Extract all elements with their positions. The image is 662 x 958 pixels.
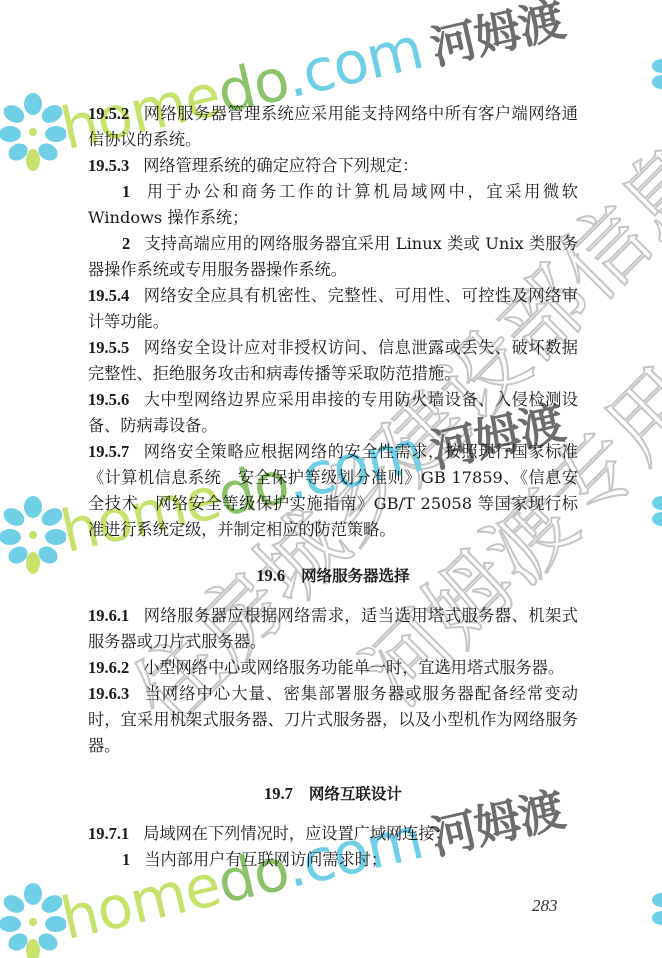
clause-number: 19.5.7	[88, 442, 129, 461]
clause-number: 19.5.2	[88, 104, 129, 123]
clause-number: 19.5.6	[88, 390, 129, 409]
list-item-1: 1用于办公和商务工作的计算机局域网中，宜采用微软 Windows 操作系统；	[88, 179, 578, 231]
clause-text: 网络管理系统的确定应符合下列规定：	[143, 156, 418, 175]
clause-19-6-2: 19.6.2小型网络中心或网络服务功能单一时，宜选用塔式服务器。	[88, 655, 578, 681]
homedo-flower-logo-icon	[648, 58, 662, 92]
clause-text: 当网络中心大量、密集部署服务器或服务器配备经常变动时，宜采用机架式服务器、刀片式…	[88, 684, 578, 755]
clause-text: 网络服务器应根据网络需求，适当选用塔式服务器、机架式服务器或刀片式服务器。	[88, 606, 578, 651]
list-item-2: 2支持高端应用的网络服务器宜采用 Linux 类或 Unix 类服务器操作系统或…	[88, 231, 578, 283]
homedo-flower-logo-icon	[648, 495, 662, 529]
document-page: 住房城乡建设部信息公开 河姆渡专用 homedo.com河姆渡 homedo.c…	[0, 0, 662, 958]
clause-19-7-1: 19.7.1局域网在下列情况时，应设置广域网连接：	[88, 821, 578, 847]
homedo-flower-logo-icon	[0, 495, 66, 575]
section-number: 19.7	[264, 784, 293, 803]
homedo-flower-logo-icon	[0, 92, 66, 172]
section-title: 网络互联设计	[309, 785, 402, 803]
clause-19-5-4: 19.5.4网络安全应具有机密性、完整性、可用性、可控性及网络审计等功能。	[88, 283, 578, 335]
clause-19-5-2: 19.5.2网络服务器管理系统应采用能支持网络中所有客户端网络通信协议的系统。	[88, 101, 578, 153]
clause-text: 网络安全策略应根据网络的安全性需求，按照现行国家标准《计算机信息系统 安全保护等…	[88, 442, 578, 539]
clause-number: 19.5.4	[88, 286, 129, 305]
section-heading-19-6: 19.6网络服务器选择	[88, 563, 578, 589]
clause-text: 网络安全设计应对非授权访问、信息泄露或丢失、破坏数据完整性、拒绝服务攻击和病毒传…	[88, 338, 578, 383]
page-number: 283	[532, 896, 558, 916]
section-number: 19.6	[256, 566, 285, 585]
item-text: 用于办公和商务工作的计算机局域网中，宜采用微软 Windows 操作系统；	[88, 182, 578, 227]
item-number: 1	[122, 850, 130, 869]
item-text: 当内部用户有互联网访问需求时；	[144, 850, 387, 869]
clause-number: 19.7.1	[88, 824, 129, 843]
clause-text: 大中型网络边界应采用串接的专用防火墙设备、入侵检测设备、防病毒设备。	[88, 390, 578, 435]
clause-19-6-3: 19.6.3当网络中心大量、密集部署服务器或服务器配备经常变动时，宜采用机架式服…	[88, 681, 578, 759]
clause-number: 19.5.5	[88, 338, 129, 357]
list-item-1: 1当内部用户有互联网访问需求时；	[88, 847, 578, 873]
item-number: 1	[122, 182, 130, 201]
clause-text: 小型网络中心或网络服务功能单一时，宜选用塔式服务器。	[143, 658, 564, 677]
clause-19-5-5: 19.5.5网络安全设计应对非授权访问、信息泄露或丢失、破坏数据完整性、拒绝服务…	[88, 335, 578, 387]
clause-19-5-6: 19.5.6大中型网络边界应采用串接的专用防火墙设备、入侵检测设备、防病毒设备。	[88, 387, 578, 439]
document-body: 19.5.2网络服务器管理系统应采用能支持网络中所有客户端网络通信协议的系统。 …	[88, 101, 578, 873]
clause-text: 网络安全应具有机密性、完整性、可用性、可控性及网络审计等功能。	[88, 286, 578, 331]
clause-number: 19.5.3	[88, 156, 129, 175]
clause-19-5-3: 19.5.3网络管理系统的确定应符合下列规定：	[88, 153, 578, 179]
clause-number: 19.6.1	[88, 606, 129, 625]
section-heading-19-7: 19.7网络互联设计	[88, 781, 578, 807]
homedo-flower-logo-icon	[0, 882, 66, 958]
clause-text: 网络服务器管理系统应采用能支持网络中所有客户端网络通信协议的系统。	[88, 104, 578, 149]
homedo-flower-logo-icon	[648, 892, 662, 952]
item-number: 2	[122, 234, 130, 253]
clause-number: 19.6.2	[88, 658, 129, 677]
clause-19-5-7: 19.5.7网络安全策略应根据网络的安全性需求，按照现行国家标准《计算机信息系统…	[88, 439, 578, 543]
clause-19-6-1: 19.6.1网络服务器应根据网络需求，适当选用塔式服务器、机架式服务器或刀片式服…	[88, 603, 578, 655]
clause-number: 19.6.3	[88, 684, 129, 703]
section-title: 网络服务器选择	[301, 567, 410, 585]
item-text: 支持高端应用的网络服务器宜采用 Linux 类或 Unix 类服务器操作系统或专…	[88, 234, 578, 279]
clause-text: 局域网在下列情况时，应设置广域网连接：	[143, 824, 451, 843]
